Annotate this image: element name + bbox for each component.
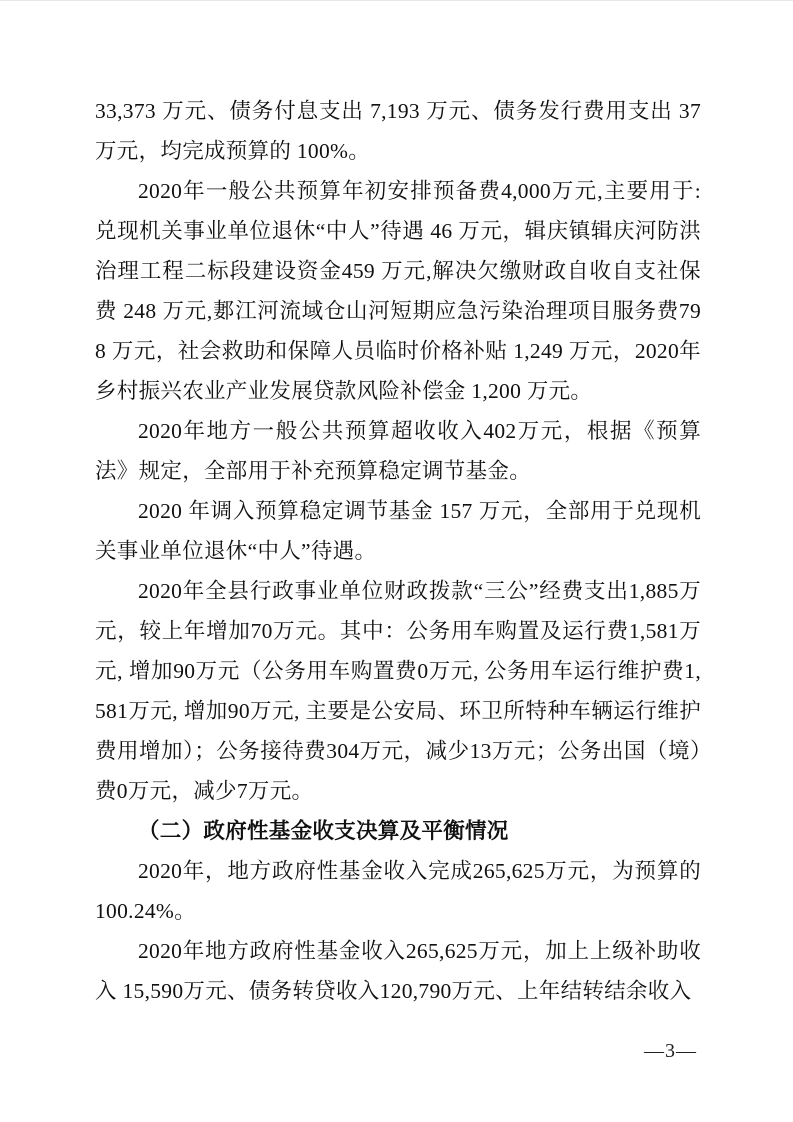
body-paragraph: 2020年一般公共预算年初安排预备费4,000万元,主要用于: 兑现机关事业单位… [95, 171, 701, 411]
document-body: 33,373 万元、债务付息支出 7,193 万元、债务发行费用支出 37 万元… [95, 91, 701, 1011]
body-paragraph: 33,373 万元、债务付息支出 7,193 万元、债务发行费用支出 37 万元… [95, 91, 701, 171]
body-paragraph: 2020年地方一般公共预算超收收入402万元，根据《预算法》规定，全部用于补充预… [95, 411, 701, 491]
document-page: 33,373 万元、债务付息支出 7,193 万元、债务发行费用支出 37 万元… [0, 0, 793, 1122]
section-heading: （二）政府性基金收支决算及平衡情况 [95, 811, 701, 851]
body-paragraph: 2020 年调入预算稳定调节基金 157 万元，全部用于兑现机关事业单位退休“中… [95, 491, 701, 571]
body-paragraph: 2020年全县行政事业单位财政拨款“三公”经费支出1,885万元，较上年增加70… [95, 571, 701, 811]
body-paragraph: 2020年地方政府性基金收入265,625万元，加上上级补助收入 15,590万… [95, 931, 701, 1011]
body-paragraph: 2020年，地方政府性基金收入完成265,625万元，为预算的100.24%。 [95, 851, 701, 931]
page-number: —3— [644, 1041, 697, 1061]
